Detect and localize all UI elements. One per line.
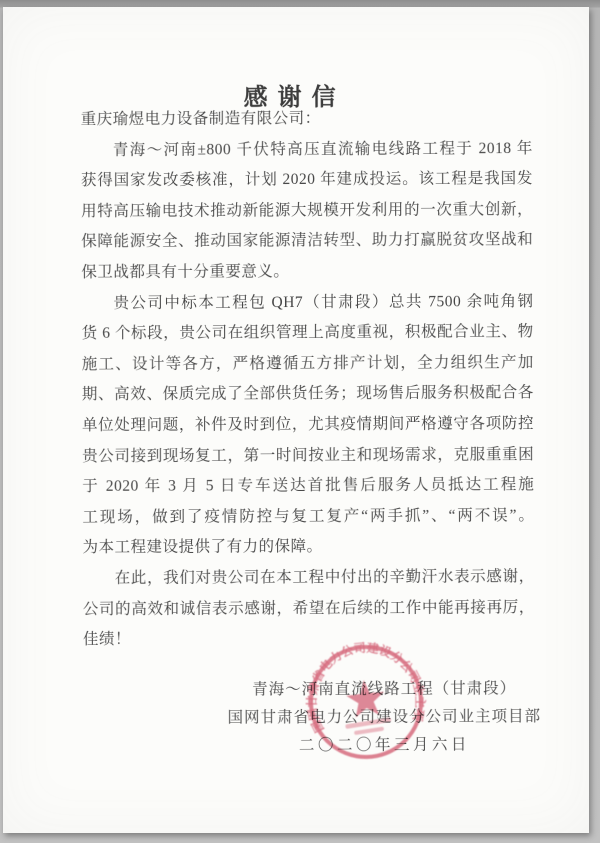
body-line: 施工、设计等各方，严格遵循五方排产计划，全力组织生产加工，按 [82, 348, 534, 381]
salutation: 重庆瑜煜电力设备制造有限公司： [81, 103, 533, 136]
body-line: 于 2020 年 3 月 5 日专车送达首批售后服务人员抵达工程施 [82, 470, 534, 503]
body-line: 保障能源安全、推动国家能源清洁转型、助力打赢脱贫攻坚战和蓝天 [81, 225, 533, 258]
body-line: 公司的高效和诚信表示感谢，希望在后续的工作中能再接再厉，取得 [83, 592, 535, 625]
body-line: 贵公司中标本工程包 QH7（甘肃段）总共 7500 余吨角钢塔，供 [81, 287, 533, 320]
body-line: 工现场，做到了疫情防控与复工复产“两手抓”、“两不误”。 [82, 501, 534, 534]
official-red-seal: 国网甘肃省电力公司建设分公司业主项目部 [295, 631, 438, 774]
body-line: 获得国家发改委核准，计划 2020 年建成投运。该工程是我国发展运 [81, 164, 533, 197]
body-line: 为本工程建设提供了有力的保障。 [82, 531, 534, 564]
body-line: 青海～河南±800 千伏特高压直流输电线路工程于 2018 年 10 月 [81, 134, 533, 167]
seal-star-icon [345, 678, 387, 718]
body-line: 贵公司接到现场复工，第一时间按业主和现场需求，克服重重困难， [82, 439, 534, 472]
letter-page: 感谢信 重庆瑜煜电力设备制造有限公司： 青海～河南±800 千伏特高压直流输电线… [3, 7, 589, 833]
body-line: 用特高压输电技术推动新能源大规模开发利用的一次重大创新，对于 [81, 195, 533, 228]
scanned-letter: 感谢信 重庆瑜煜电力设备制造有限公司： 青海～河南±800 千伏特高压直流输电线… [0, 0, 600, 843]
seal-microtext-line [354, 727, 384, 736]
seal-microtext-line [345, 717, 391, 729]
letter-content: 感谢信 重庆瑜煜电力设备制造有限公司： 青海～河南±800 千伏特高压直流输电线… [1, 6, 591, 835]
letter-body: 重庆瑜煜电力设备制造有限公司： 青海～河南±800 千伏特高压直流输电线路工程于… [81, 103, 535, 656]
body-line: 期、高效、保质完成了全部供货任务；现场售后服务积极配合各施工 [82, 378, 534, 411]
body-line: 单位处理问题，补件及时到位，尤其疫情期间严格遵守各项防控规定， [82, 409, 534, 442]
body-line: 保卫战都具有十分重要意义。 [81, 256, 533, 289]
body-line: 货 6 个标段，贵公司在组织管理上高度重视，积极配合业主、物资、 [82, 317, 534, 350]
body-line: 在此，我们对贵公司在本工程中付出的辛勤汗水表示感谢，对贵 [83, 562, 535, 595]
